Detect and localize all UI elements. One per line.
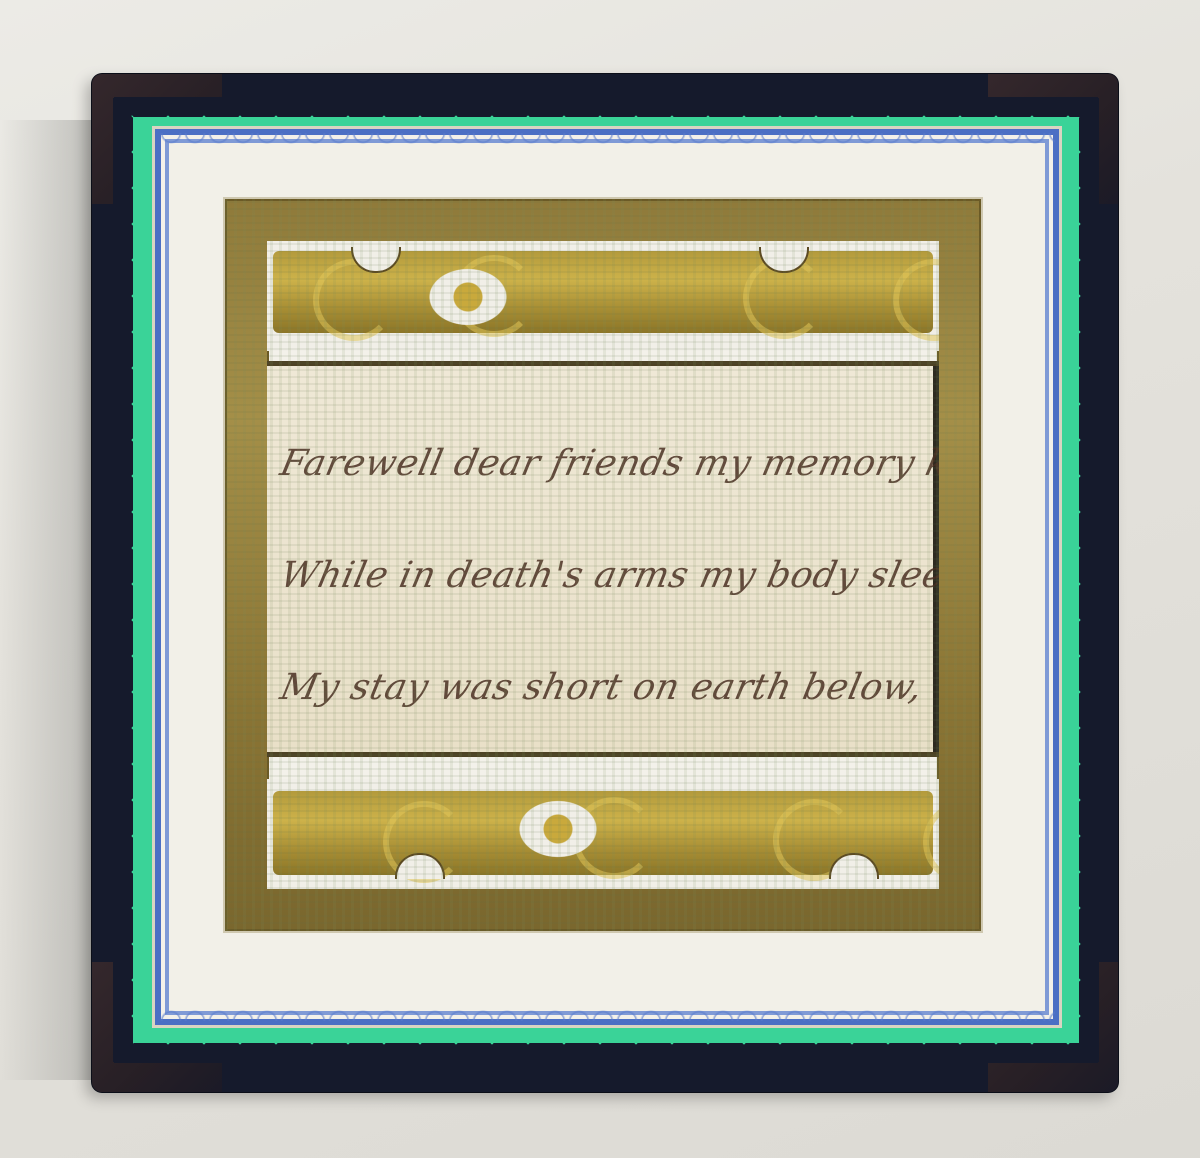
card-window: Farewell dear friends my memory keep, Wh… — [267, 241, 939, 889]
blue-scalloped-border: Farewell dear friends my memory keep, Wh… — [152, 126, 1062, 1028]
flower-ornament-icon — [413, 257, 523, 337]
flower-ornament-icon — [503, 789, 613, 869]
zigzag-edge-bottom — [114, 1043, 1098, 1063]
scroll-flourish-icon — [893, 259, 939, 341]
zigzag-edge-left — [113, 98, 133, 1062]
gold-ornament-top — [267, 241, 939, 351]
gold-ornament-bottom — [267, 779, 939, 889]
memorial-box: Farewell dear friends my memory keep, Wh… — [92, 74, 1118, 1092]
handwritten-paper: Farewell dear friends my memory keep, Wh… — [267, 361, 939, 757]
verse-line-1: Farewell dear friends my memory keep, — [269, 408, 931, 520]
zigzag-edge-top — [114, 97, 1098, 117]
scroll-flourish-icon — [923, 801, 939, 883]
zigzag-edge-right — [1079, 98, 1099, 1062]
verse-line-2: While in death's arms my body sleeps. — [269, 520, 931, 632]
gold-frame: Farewell dear friends my memory keep, Wh… — [225, 199, 981, 931]
verse-line-3: My stay was short on earth below, — [269, 632, 931, 744]
